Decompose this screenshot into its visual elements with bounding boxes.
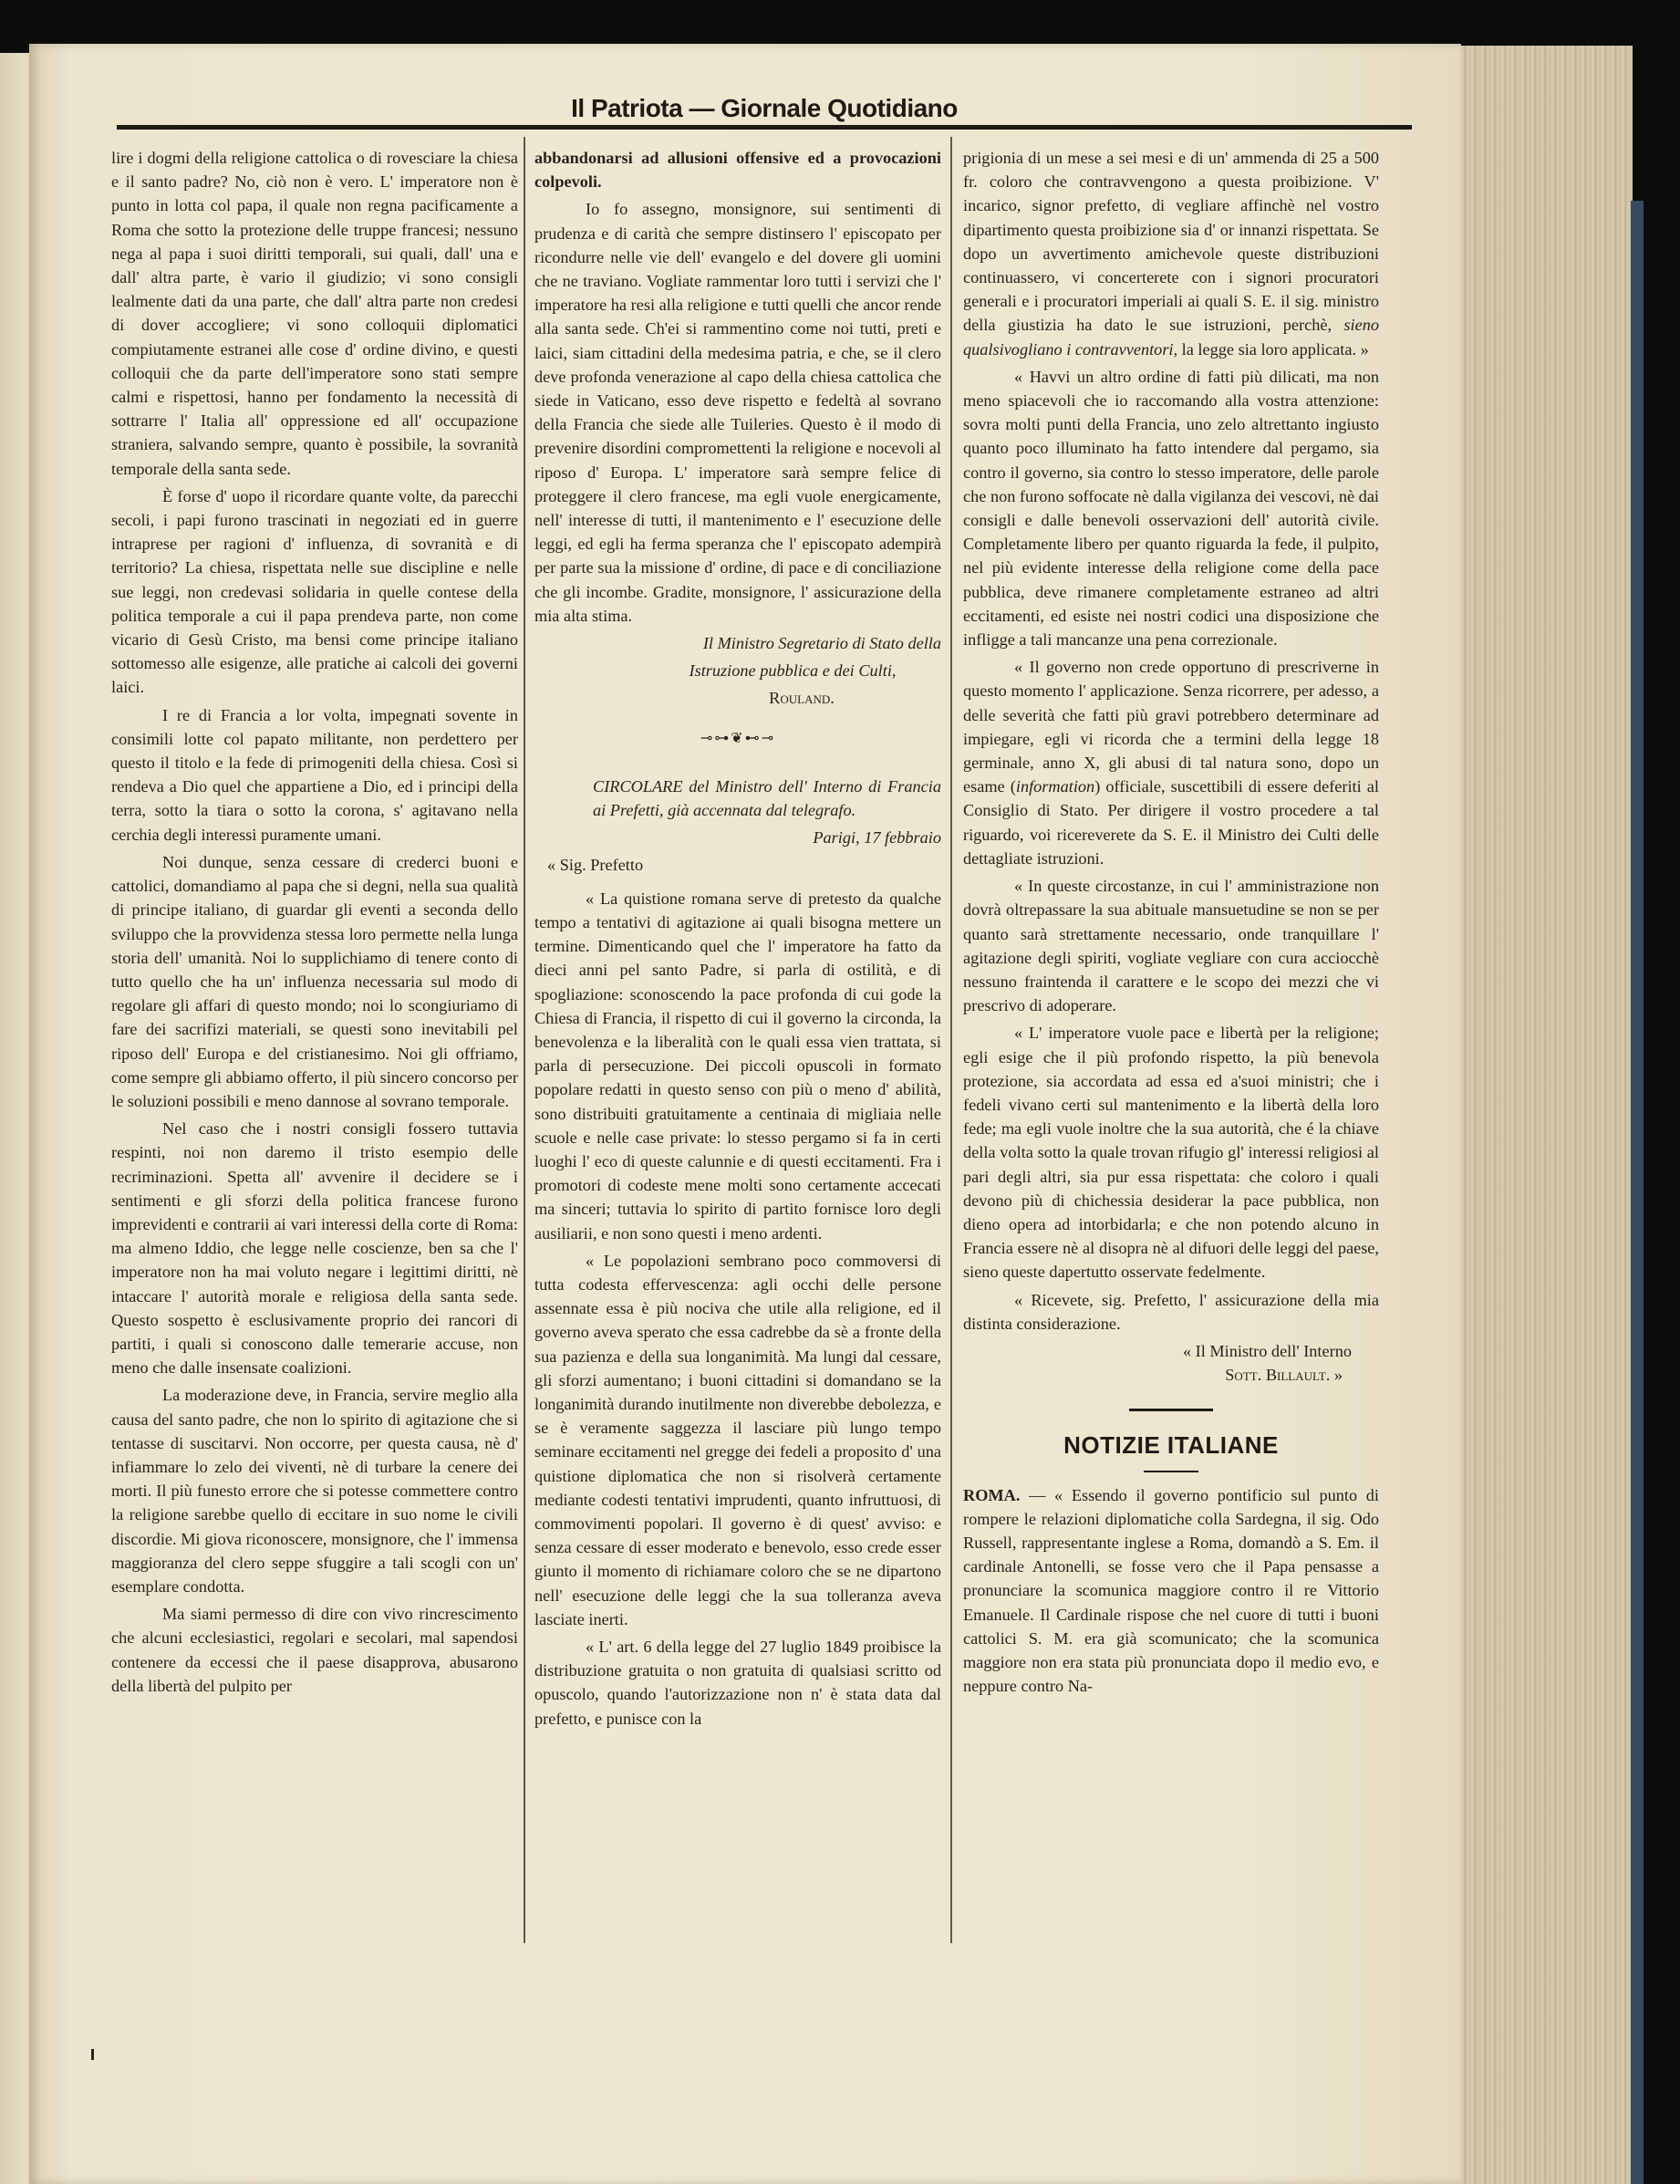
signature-name: Sott. Billault. » <box>963 1363 1343 1387</box>
paragraph: « Havvi un altro ordine di fatti più dil… <box>963 365 1379 651</box>
paragraph: È forse d' uopo il ricordare quante volt… <box>111 484 518 700</box>
dateline: Parigi, 17 febbraio <box>534 826 941 849</box>
signature-title: Istruzione pubblica e dei Culti, <box>534 659 941 682</box>
page-stack-edge <box>1450 46 1633 2184</box>
paragraph: Ma siami permesso di dire con vivo rincr… <box>111 1602 518 1698</box>
paragraph: « In queste circostanze, in cui l' ammin… <box>963 874 1379 1017</box>
paragraph: « L' imperatore vuole pace e libertà per… <box>963 1021 1379 1284</box>
header-rule <box>117 125 1412 130</box>
column-3: prigionia di un mese a sei mesi e di un'… <box>963 146 1379 1701</box>
text-run: prigionia di un mese a sei mesi e di un'… <box>963 149 1379 334</box>
news-item: ROMA. — « Essendo il governo pontificio … <box>963 1483 1379 1699</box>
paragraph: « Il governo non crede opportuno di pres… <box>963 655 1379 870</box>
italic-text: information <box>1016 777 1094 796</box>
paragraph: Io fo assegno, monsignore, sui sentiment… <box>534 197 941 628</box>
text-run: « Il governo non crede opportuno di pres… <box>963 658 1379 796</box>
text-run: la legge sia loro applicata. » <box>1177 340 1369 359</box>
paragraph: I re di Francia a lor volta, impegnati s… <box>111 703 518 847</box>
text-run: — « Essendo il governo pontificio sul pu… <box>963 1486 1379 1696</box>
paragraph: prigionia di un mese a sei mesi e di un'… <box>963 146 1379 361</box>
paragraph: Nel caso che i nostri consigli fossero t… <box>111 1117 518 1379</box>
paragraph: « L' art. 6 della legge del 27 luglio 18… <box>534 1635 941 1731</box>
section-title: NOTIZIE ITALIANE <box>963 1433 1379 1457</box>
newspaper-title: Il Patriota — Giornale Quotidiano <box>571 94 958 122</box>
column-divider <box>950 137 952 1943</box>
circular-heading: CIRCOLARE del Ministro dell' Interno di … <box>534 775 941 822</box>
paragraph: « Ricevete, sig. Prefetto, l' assicurazi… <box>963 1288 1379 1336</box>
page-mark <box>91 2049 94 2060</box>
signature-title: « Il Ministro dell' Interno <box>963 1339 1352 1363</box>
section-rule <box>1144 1471 1198 1472</box>
paragraph: La moderazione deve, in Francia, servire… <box>111 1383 518 1598</box>
salutation: « Sig. Prefetto <box>534 853 941 877</box>
paragraph: « Le popolazioni sembrano poco commovers… <box>534 1249 941 1631</box>
paragraph: « La quistione romana serve di pretesto … <box>534 887 941 1245</box>
signature-title: Il Ministro Segretario di Stato della <box>534 631 941 655</box>
paragraph: lire i dogmi della religione cattolica o… <box>111 146 518 481</box>
signature-name: Rouland. <box>534 686 941 710</box>
masthead: Il Patriota — Giornale Quotidiano <box>117 94 1412 127</box>
section-rule <box>1129 1409 1213 1411</box>
paragraph: abbandonarsi ad allusioni offensive ed a… <box>534 146 941 193</box>
ornament-divider: ⊸⊶❦⊷⊸ <box>534 727 941 751</box>
dateline-city: ROMA. <box>963 1486 1020 1504</box>
column-1: lire i dogmi della religione cattolica o… <box>111 146 518 1701</box>
column-divider <box>524 137 525 1943</box>
column-2: abbandonarsi ad allusioni offensive ed a… <box>534 146 941 1734</box>
paragraph: Noi dunque, senza cessare di crederci bu… <box>111 850 518 1113</box>
